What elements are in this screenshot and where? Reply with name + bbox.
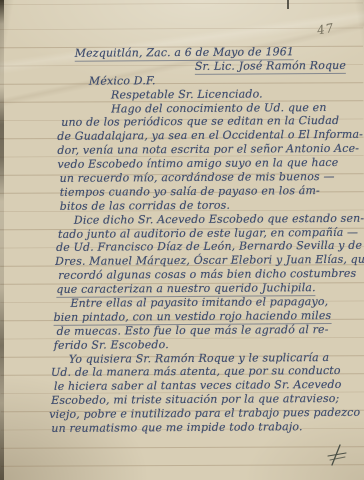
handwritten-line: tiempos cuando yo salía de payaso en los…: [0, 182, 364, 198]
crossed-flourish-mark: [326, 444, 348, 466]
handwritten-line: un reumatismo que me impide todo trabajo…: [1, 418, 364, 434]
handwritten-line: de muecas. Esto fue lo que más le agradó…: [1, 321, 364, 337]
handwritten-letter-page: 47 Mezquitlán, Zac. a 6 de Mayo de 1961S…: [0, 0, 364, 480]
page-number: 47: [316, 21, 335, 38]
handwritten-line: Sr. Lic. José Ramón Roque: [0, 57, 363, 73]
top-edge-mark: [287, 0, 289, 9]
letter-body: Mezquitlán, Zac. a 6 de Mayo de 1961Sr. …: [0, 43, 364, 434]
handwritten-line: viejo, pobre e inutilizado para el traba…: [1, 404, 364, 420]
